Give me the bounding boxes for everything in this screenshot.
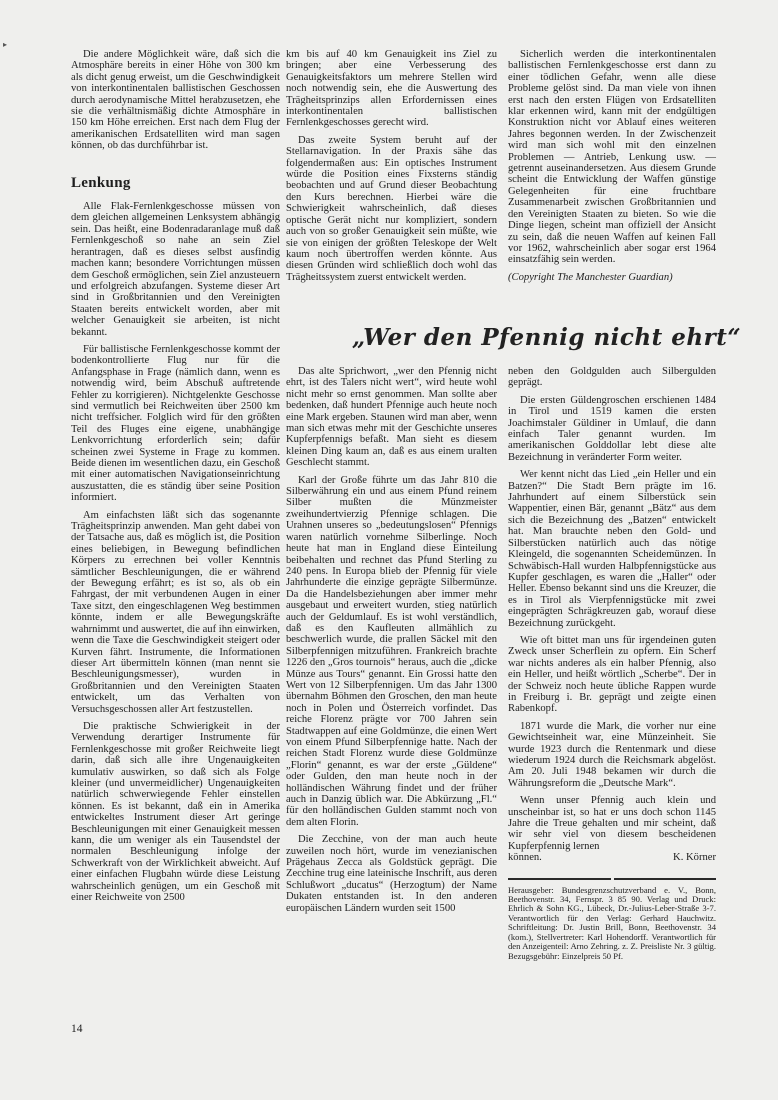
publisher-imprint: Herausgeber: Bundesgrenzschutzverband e.… (508, 886, 716, 961)
signature-line: können. K. Körner (508, 852, 716, 863)
paragraph: Die praktische Schwierigkeit in der Verw… (71, 721, 280, 904)
magazine-page: ▸ Die andere Möglichkeit wäre, daß sich … (0, 0, 778, 1100)
paragraph: Sicherlich werden die interkontinentalen… (508, 49, 716, 266)
article2-column-2: neben den Goldgulden auch Silbergulden g… (508, 366, 716, 961)
article1-column-3: Sicherlich werden die interkontinentalen… (508, 49, 716, 289)
divider-rule (614, 878, 717, 880)
paragraph: Die Zecchine, von der man auch heute zuw… (286, 834, 497, 914)
paragraph: Das alte Sprichwort, „wer den Pfennig ni… (286, 366, 497, 469)
section-heading-lenkung: Lenkung (71, 178, 280, 189)
paragraph: Für ballistische Fernlenkgeschosse kommt… (71, 344, 280, 504)
page-number: 14 (71, 1023, 83, 1035)
copyright-note: (Copyright The Manchester Guardian) (508, 272, 716, 283)
author-name: K. Körner (673, 852, 716, 863)
paragraph: neben den Goldgulden auch Silbergulden g… (508, 366, 716, 389)
paragraph: Wenn unser Pfennig auch klein und unsche… (508, 795, 716, 852)
paragraph: km bis auf 40 km Genauigkeit ins Ziel zu… (286, 49, 497, 129)
imprint-divider (508, 878, 716, 880)
article1-column-2: km bis auf 40 km Genauigkeit ins Ziel zu… (286, 49, 497, 289)
paragraph: Karl der Große führte um das Jahr 810 di… (286, 475, 497, 829)
paragraph: Wie oft bittet man uns für irgendeinen g… (508, 635, 716, 715)
paragraph: Die ersten Güldengroschen erschienen 148… (508, 395, 716, 463)
article2-headline: „Wer den Pfennig nicht ehrt“ (352, 324, 741, 351)
paragraph: Wer kennt nicht das Lied „ein Heller und… (508, 469, 716, 629)
closing-word: können. (508, 852, 542, 863)
article1-column-1: Die andere Möglichkeit wäre, daß sich di… (71, 49, 280, 909)
paragraph: Alle Flak-Fernlenkgeschosse müssen von d… (71, 201, 280, 338)
paragraph: Am einfachsten läßt sich das sogenannte … (71, 510, 280, 715)
paragraph: 1871 wurde die Mark, die vorher nur eine… (508, 721, 716, 789)
divider-rule (508, 878, 611, 880)
scan-edge-mark: ▸ (3, 40, 7, 49)
article2-column-1: Das alte Sprichwort, „wer den Pfennig ni… (286, 366, 497, 920)
paragraph: Die andere Möglichkeit wäre, daß sich di… (71, 49, 280, 152)
paragraph: Das zweite System beruht auf der Stellar… (286, 135, 497, 283)
